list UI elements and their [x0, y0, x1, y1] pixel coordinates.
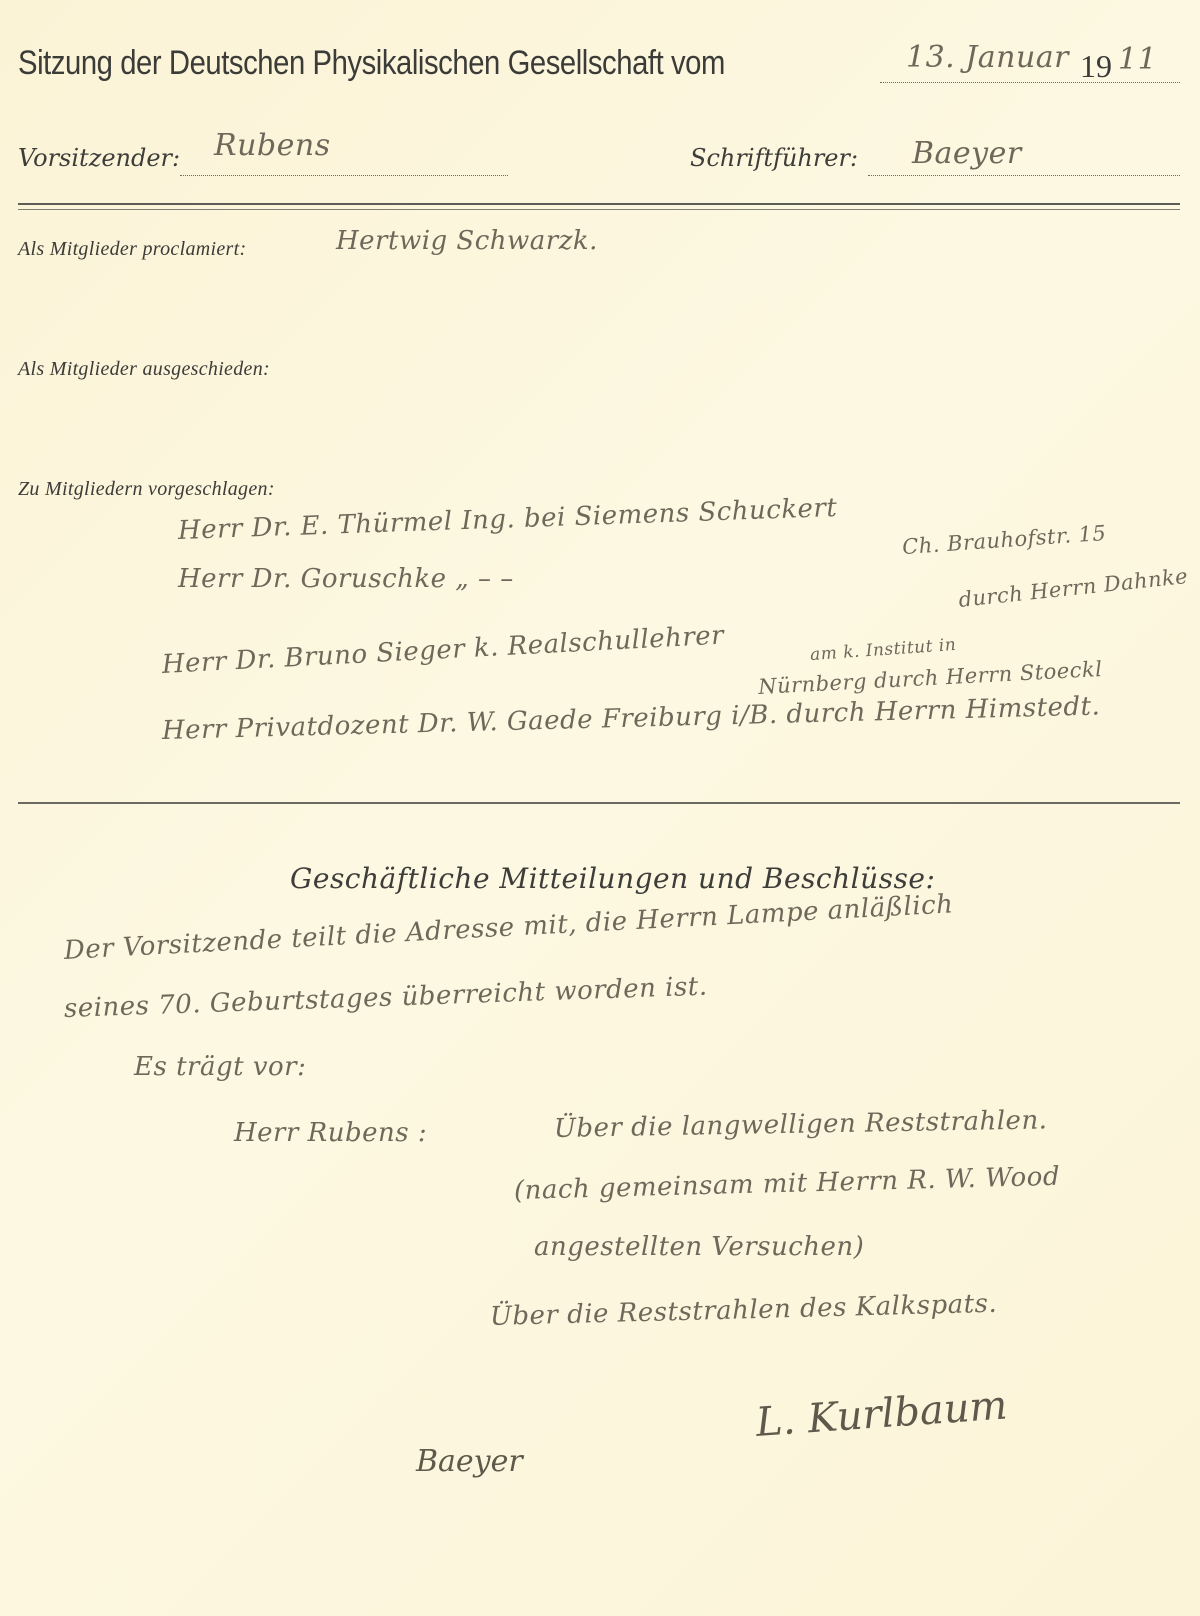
- talk-2-title-line-1: Über die Reststrahlen des Kalkspats.: [490, 1289, 998, 1332]
- proposed-entry-1-note: Ch. Brauhofstr. 15: [901, 521, 1107, 559]
- business-paragraph-line-2: seines 70. Geburtstages überreicht worde…: [63, 972, 708, 1024]
- secretary-name-handwritten: Baeyer: [912, 136, 1022, 171]
- members-proclaimed-label: Als Mitglieder proclamiert:: [18, 238, 246, 261]
- section-rule: [18, 802, 1180, 804]
- proposed-entry-1: Herr Dr. E. Thürmel Ing. bei Siemens Sch…: [177, 493, 837, 546]
- year-printed: 19: [1080, 48, 1112, 85]
- talk-1-title-line-2: (nach gemeinsam mit Herrn R. W. Wood: [514, 1162, 1061, 1206]
- date-dotted-line: [880, 82, 1180, 83]
- meeting-date-handwritten: 13. Januar: [906, 40, 1069, 75]
- members-proclaimed-value: Hertwig Schwarzk.: [336, 226, 598, 256]
- secretary-signature: Baeyer: [416, 1444, 523, 1479]
- talk-1-speaker: Herr Rubens :: [234, 1118, 427, 1148]
- talk-1-title-line-3: angestellten Versuchen): [534, 1232, 864, 1262]
- secretary-dotted-line: [868, 175, 1180, 176]
- year-handwritten: 11: [1118, 42, 1157, 77]
- members-proposed-label: Zu Mitgliedern vorgeschlagen:: [18, 478, 275, 501]
- talk-1-title-line-1: Über die langwelligen Reststrahlen.: [554, 1105, 1048, 1144]
- business-paragraph-line-1: Der Vorsitzende teilt die Adresse mit, d…: [63, 889, 954, 966]
- business-heading: Geschäftliche Mitteilungen und Beschlüss…: [290, 862, 935, 895]
- chair-name-handwritten: Rubens: [214, 128, 331, 163]
- proposed-entry-3: Herr Dr. Bruno Sieger k. Realschullehrer: [161, 621, 725, 680]
- members-resigned-label: Als Mitglieder ausgeschieden:: [18, 358, 270, 381]
- proposed-entry-2-note: durch Herrn Dahnke: [957, 564, 1189, 612]
- chair-dotted-line: [180, 175, 508, 176]
- proposed-entry-3-note-top: am k. Institut in: [809, 635, 956, 665]
- proposed-entry-2: Herr Dr. Goruschke „ – –: [178, 564, 514, 594]
- business-paragraph-line-3: Es trägt vor:: [134, 1052, 306, 1082]
- proposed-entry-4: Herr Privatdozent Dr. W. Gaede Freiburg …: [162, 691, 1101, 746]
- header-double-rule: [18, 203, 1180, 210]
- chair-signature: L. Kurlbaum: [754, 1382, 1008, 1445]
- secretary-label: Schriftführer:: [690, 144, 858, 172]
- chair-label: Vorsitzender:: [18, 144, 180, 172]
- form-title: Sitzung der Deutschen Physikalischen Ges…: [18, 44, 725, 83]
